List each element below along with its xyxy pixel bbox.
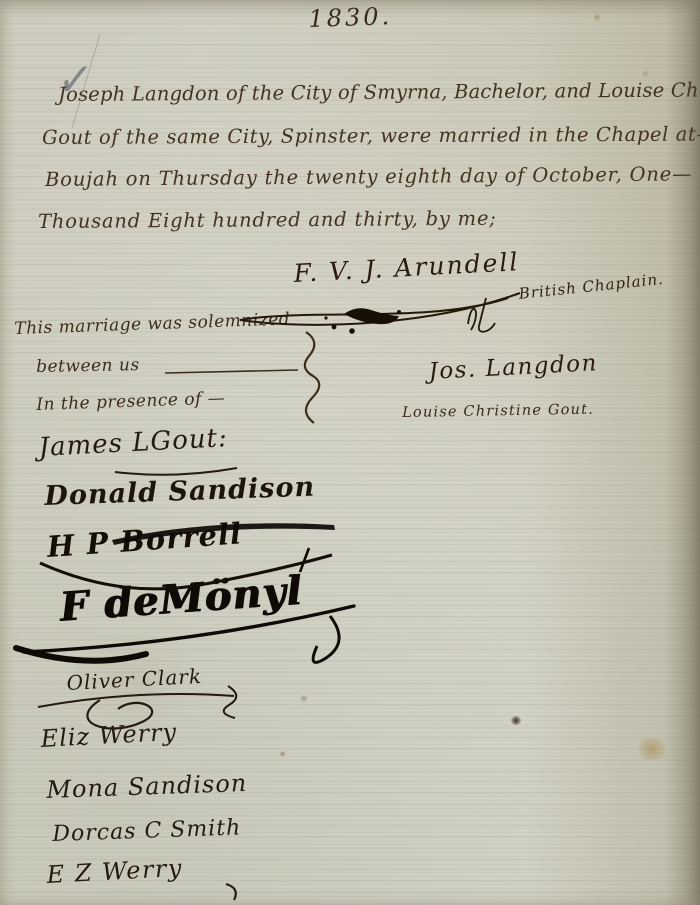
witness-signature: Dorcas C Smith	[52, 816, 242, 847]
witness-signature: E Z Werry	[46, 855, 184, 888]
stain	[641, 70, 650, 77]
stain	[636, 738, 668, 760]
stain	[593, 14, 601, 21]
witness-signature: F deMönyl	[58, 569, 304, 630]
witness-signature: H P Borrell	[46, 518, 243, 563]
ink-speck	[397, 310, 401, 314]
attestation-presence: In the presence of —	[36, 389, 226, 414]
bride-signature: Louise Christine Gout.	[402, 403, 594, 422]
manuscript-page: 1830. ✓ Joseph Langdon of the City of Sm…	[0, 0, 700, 905]
attestation-solemnized: This marriage was solemnized	[14, 310, 290, 338]
ink-blot	[344, 308, 399, 324]
attestation-brace	[305, 332, 319, 423]
ink-speck	[332, 325, 337, 330]
witness-signature: Donald Sandison	[44, 473, 316, 512]
stain	[279, 751, 286, 757]
record-line-2: Gout of the same City, Spinster, were ma…	[42, 123, 700, 148]
record-line-1: Joseph Langdon of the City of Smyrna, Ba…	[58, 79, 700, 105]
stain	[300, 695, 308, 702]
witness-signature: James LGout:	[38, 424, 228, 462]
ink-speck	[349, 328, 355, 334]
officiant-signature: F. V. J. Arundell	[293, 248, 520, 287]
groom-signature: Jos. Langdon	[428, 351, 598, 385]
between-us-dash	[165, 370, 298, 373]
officiant-flourish-te	[468, 298, 495, 332]
heavy-signature-tail	[313, 616, 339, 662]
clark-crossline	[38, 694, 234, 707]
clark-squiggle	[224, 686, 237, 718]
record-line-4: Thousand Eight hundred and thirty, by me…	[38, 208, 497, 233]
record-line-3: Boujah on Thursday the twenty eighth day…	[45, 163, 692, 190]
signature-comma	[226, 884, 236, 900]
heavy-signature-tick	[300, 548, 309, 572]
witness-signature: Eliz Werry	[40, 719, 178, 753]
attestation-between-us: between us	[36, 356, 140, 376]
year-heading: 1830.	[308, 3, 393, 32]
stain	[511, 716, 521, 725]
heavy-signature-stroke	[16, 648, 146, 661]
signature-underline	[115, 468, 237, 475]
officiant-title: British Chaplain.	[518, 271, 665, 303]
witness-signature: Mona Sandison	[46, 770, 248, 803]
witness-signature: Oliver Clark	[66, 665, 203, 694]
ink-speck	[324, 316, 327, 319]
